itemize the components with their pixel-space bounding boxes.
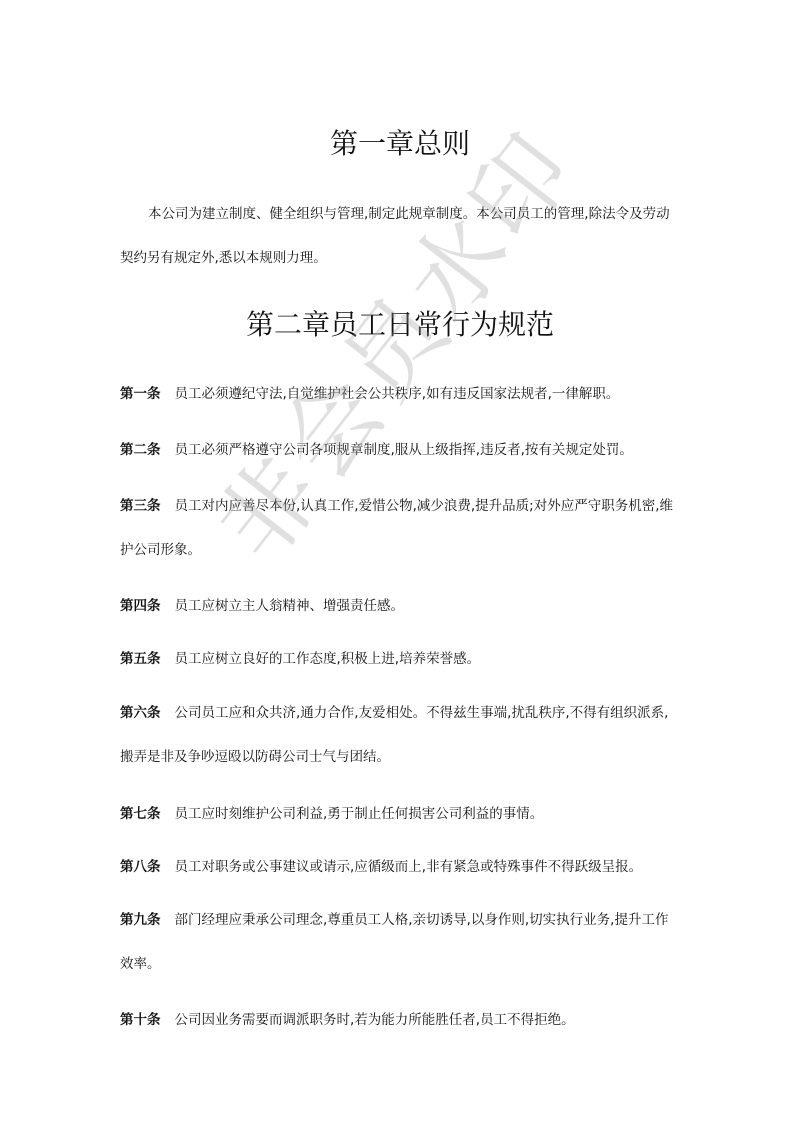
article-label: 第七条 (120, 806, 161, 822)
article-text: 员工应树立主人翁精神、增强责任感。 (175, 598, 405, 614)
article-2: 第二条员工必须严格遵守公司各项规章制度,服从上级指挥,违反者,按有关规定处罚。 (120, 428, 680, 472)
article-text: 员工对职务或公事建议或请示,应循级而上,非有紧急或特殊事件不得跃级呈报。 (175, 859, 643, 875)
article-label: 第三条 (120, 498, 161, 514)
article-1: 第一条员工必须遵纪守法,自觉维护社会公共秩序,如有违反国家法规者,一律解职。 (120, 372, 680, 416)
chapter1-title: 第一章总则 (0, 124, 800, 164)
article-label: 第一条 (120, 386, 161, 402)
article-8: 第八条员工对职务或公事建议或请示,应循级而上,非有紧急或特殊事件不得跃级呈报。 (120, 845, 680, 889)
article-text: 公司员工应和众共济,通力合作,友爱相处。不得兹生事端,扰乱秩序,不得有组织派系,… (120, 705, 668, 765)
article-label: 第十条 (120, 1012, 161, 1028)
article-label: 第九条 (120, 912, 161, 928)
article-label: 第六条 (120, 705, 161, 721)
article-text: 部门经理应秉承公司理念,尊重员工人格,亲切诱导,以身作则,切实执行业务,提升工作… (120, 912, 668, 972)
article-10: 第十条公司因业务需要而调派职务时,若为能力所能胜任者,员工不得拒绝。 (120, 998, 680, 1042)
article-text: 员工必须严格遵守公司各项规章制度,服从上级指挥,违反者,按有关规定处罚。 (175, 442, 633, 458)
article-text: 公司因业务需要而调派职务时,若为能力所能胜任者,员工不得拒绝。 (175, 1012, 575, 1028)
article-9: 第九条部门经理应秉承公司理念,尊重员工人格,亲切诱导,以身作则,切实执行业务,提… (120, 898, 680, 986)
article-text: 员工应树立良好的工作态度,积极上进,培养荣誉感。 (175, 651, 481, 667)
chapter1-paragraph: 本公司为建立制度、健全组织与管理,制定此规章制度。本公司员工的管理,除法令及劳动… (120, 192, 680, 280)
article-label: 第四条 (120, 598, 161, 614)
document-page: 第一章总则 本公司为建立制度、健全组织与管理,制定此规章制度。本公司员工的管理,… (0, 0, 800, 1131)
article-5: 第五条员工应树立良好的工作态度,积极上进,培养荣誉感。 (120, 637, 680, 681)
article-label: 第二条 (120, 442, 161, 458)
article-text: 员工对内应善尽本份,认真工作,爱惜公物,减少浪费,提升品质;对外应严守职务机密,… (120, 498, 673, 558)
article-label: 第八条 (120, 859, 161, 875)
article-7: 第七条员工应时刻维护公司利益,勇于制止任何损害公司利益的事情。 (120, 792, 680, 836)
article-text: 员工必须遵纪守法,自觉维护社会公共秩序,如有违反国家法规者,一律解职。 (175, 386, 620, 402)
article-label: 第五条 (120, 651, 161, 667)
chapter2-title: 第二章员工日常行为规范 (0, 305, 800, 345)
article-4: 第四条员工应树立主人翁精神、增强责任感。 (120, 584, 680, 628)
article-6: 第六条公司员工应和众共济,通力合作,友爱相处。不得兹生事端,扰乱秩序,不得有组织… (120, 691, 680, 779)
article-text: 员工应时刻维护公司利益,勇于制止任何损害公司利益的事情。 (175, 806, 544, 822)
article-3: 第三条员工对内应善尽本份,认真工作,爱惜公物,减少浪费,提升品质;对外应严守职务… (120, 484, 680, 572)
